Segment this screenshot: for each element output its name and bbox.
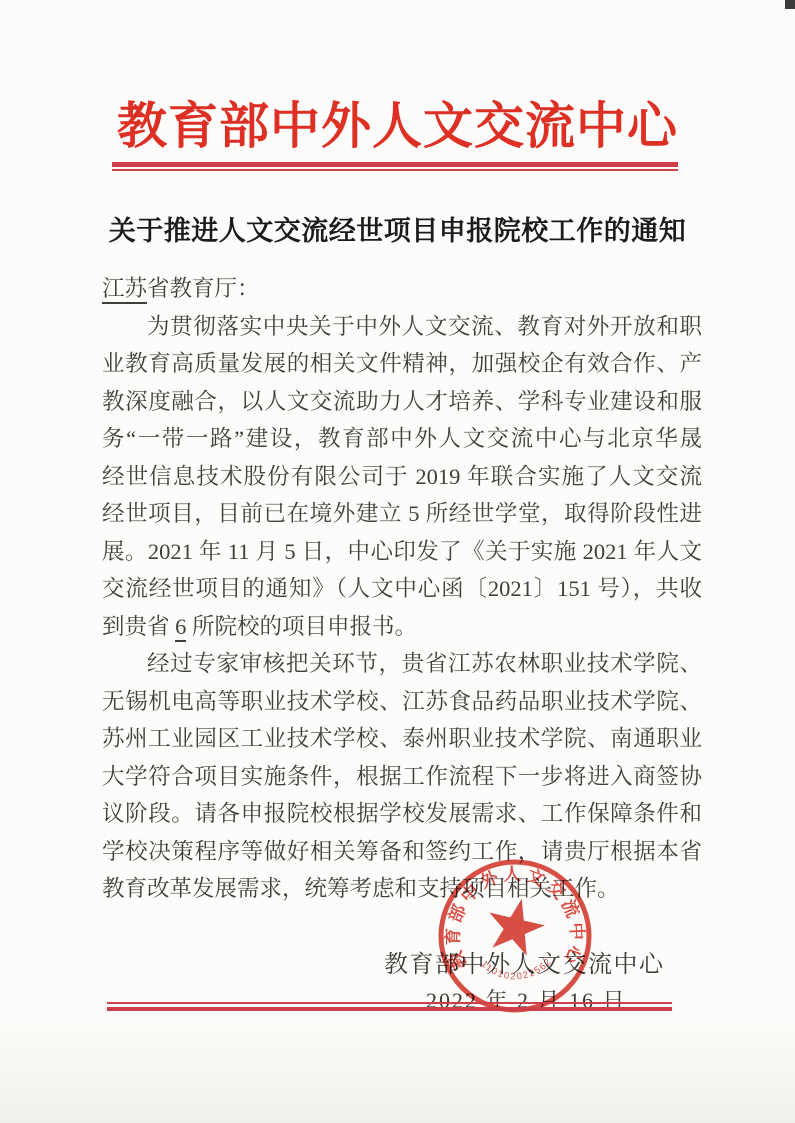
body-text: 业教育高质量发展的相关文件精神，加强校企有效合作、产 (102, 351, 702, 376)
body-line: 学校决策程序等做好相关筹备和签约工作，请贵厅根据本省 (102, 833, 702, 871)
body-line: 业教育高质量发展的相关文件精神，加强校企有效合作、产 (102, 345, 702, 383)
divider-thick-line (107, 1007, 672, 1011)
body-text: 经世信息技术股份有限公司于 2019 年联合实施了人文交流 (102, 464, 702, 489)
body-text: 所院校的项目申报书。 (186, 614, 417, 639)
body-text: 交流经世项目的通知》（人文中心函〔2021〕151 号），共收 (102, 576, 702, 601)
body-line: 交流经世项目的通知》（人文中心函〔2021〕151 号），共收 (102, 570, 702, 608)
body-text: 大学符合项目实施条件，根据工作流程下一步将进入商签协 (102, 764, 702, 789)
body-line: 务“一带一路”建设，教育部中外人文交流中心与北京华晟 (102, 420, 702, 458)
official-seal: 教育部中外人文交流中心 1101020225620 (435, 856, 595, 1016)
body-line: 为贯彻落实中央关于中外人文交流、教育对外开放和职 (102, 308, 702, 346)
divider-thin-line (112, 169, 678, 171)
letterhead-divider (112, 162, 678, 171)
body-text: 为贯彻落实中央关于中外人文交流、教育对外开放和职 (147, 314, 702, 339)
body-line: 苏州工业园区工业技术学校、泰州职业技术学院、南通职业 (102, 720, 702, 758)
body-text: 经过专家审核把关环节，贵省江苏农林职业技术学院、 (147, 651, 702, 676)
body-text: 省教育厅： (147, 276, 260, 301)
document-body: 江苏省教育厅：为贯彻落实中央关于中外人文交流、教育对外开放和职业教育高质量发展的… (102, 270, 702, 908)
scan-artifact (785, 0, 795, 9)
body-text: 教深度融合，以人文交流助力人才培养、学科专业建设和服 (102, 389, 702, 414)
salutation-line: 江苏省教育厅： (102, 270, 702, 308)
footer-divider (107, 1002, 672, 1011)
body-text: 到贵省 (102, 614, 175, 639)
letterhead-title: 教育部中外人文交流中心 (0, 86, 795, 158)
body-text: 议阶段。请各申报院校根据学校发展需求、工作保障条件和 (102, 801, 702, 826)
body-line: 教育改革发展需求，统筹考虑和支持项目相关工作。 (102, 870, 702, 908)
seal-star (482, 892, 550, 958)
body-text: 展。2021 年 11 月 5 日，中心印发了《关于实施 2021 年人文 (102, 539, 702, 564)
body-line: 经世信息技术股份有限公司于 2019 年联合实施了人文交流 (102, 458, 702, 496)
body-text: 苏州工业园区工业技术学校、泰州职业技术学院、南通职业 (102, 726, 702, 751)
body-line: 经世项目，目前已在境外建立 5 所经世学堂，取得阶段性进 (102, 495, 702, 533)
scan-shading (0, 1020, 795, 1123)
body-text: 经世项目，目前已在境外建立 5 所经世学堂，取得阶段性进 (102, 501, 702, 526)
body-line: 教深度融合，以人文交流助力人才培养、学科专业建设和服 (102, 383, 702, 421)
body-line: 议阶段。请各申报院校根据学校发展需求、工作保障条件和 (102, 795, 702, 833)
document-page: 教育部中外人文交流中心 关于推进人文交流经世项目申报院校工作的通知 江苏省教育厅… (0, 0, 795, 1123)
body-text: 无锡机电高等职业技术学校、江苏食品药品职业技术学院、 (102, 689, 702, 714)
body-text: 学校决策程序等做好相关筹备和签约工作，请贵厅根据本省 (102, 839, 702, 864)
body-text: 务“一带一路”建设，教育部中外人文交流中心与北京华晟 (102, 426, 702, 451)
underlined-text: 江苏 (102, 276, 147, 304)
body-line: 经过专家审核把关环节，贵省江苏农林职业技术学院、 (102, 645, 702, 683)
underlined-text: 6 (175, 614, 186, 642)
body-line: 无锡机电高等职业技术学校、江苏食品药品职业技术学院、 (102, 683, 702, 721)
document-title: 关于推进人文交流经世项目申报院校工作的通知 (0, 209, 795, 248)
body-line: 到贵省 6 所院校的项目申报书。 (102, 608, 702, 646)
body-line: 大学符合项目实施条件，根据工作流程下一步将进入商签协 (102, 758, 702, 796)
body-line: 展。2021 年 11 月 5 日，中心印发了《关于实施 2021 年人文 (102, 533, 702, 571)
